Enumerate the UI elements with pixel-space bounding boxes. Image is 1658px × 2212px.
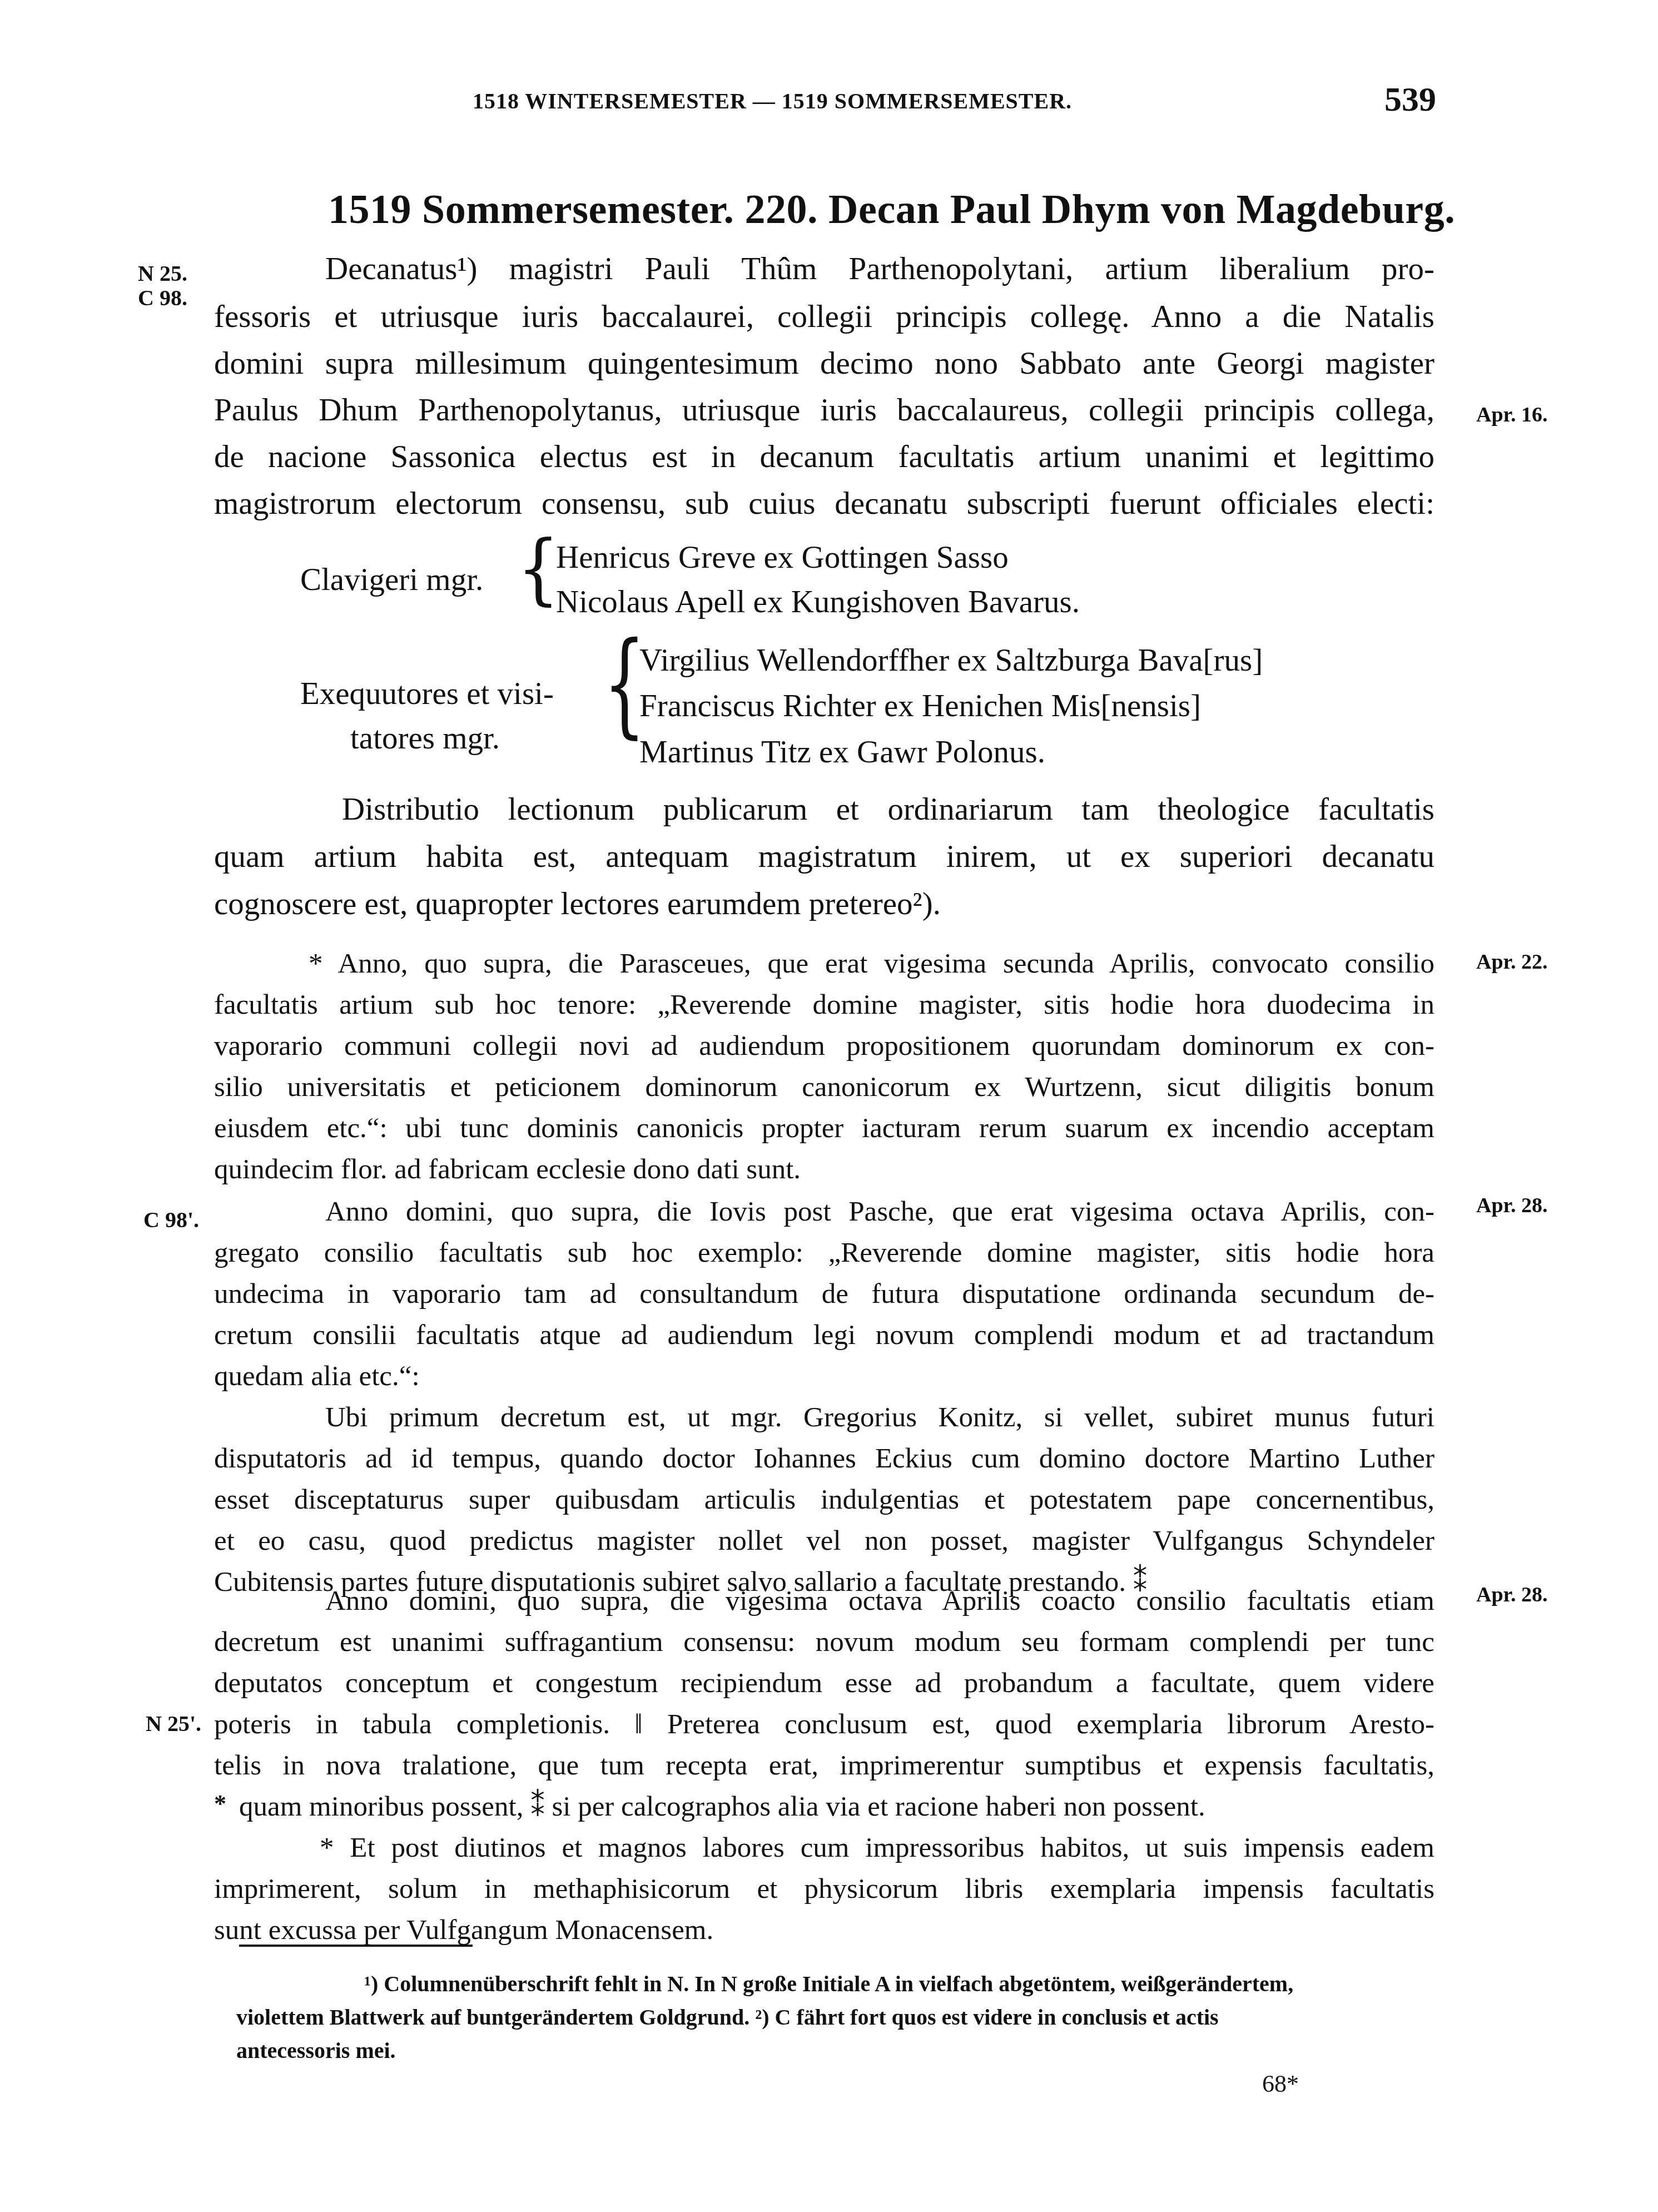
margin-ref-c98: C 98.: [138, 286, 187, 310]
text-line: sunt excussa per Vulfgangum Monacensem.: [214, 1912, 1434, 1948]
text-line: magistrorum electorum consensu, sub cuiu…: [214, 484, 1434, 524]
margin-date-apr22: Apr. 22.: [1476, 950, 1547, 974]
exequutores-item: Virgilius Wellendorffher ex Saltzburga B…: [639, 642, 1263, 678]
exequutores-item: Franciscus Richter ex Henichen Mis[nensi…: [639, 688, 1201, 724]
exequutores-label: Exequutores et visi-: [300, 676, 554, 712]
margin-ref-n25-prime: N 25'.: [146, 1712, 201, 1736]
clavigeri-label: Clavigeri mgr.: [300, 562, 483, 598]
text-line: cretum consilii facultatis atque ad audi…: [214, 1317, 1434, 1353]
text-line: poteris in tabula completionis. ‖ Preter…: [214, 1706, 1434, 1743]
text-line: quedam alia etc.“:: [214, 1358, 1434, 1395]
text-line: de nacione Sassonica electus est in deca…: [214, 437, 1434, 477]
text-line: cognoscere est, quapropter lectores earu…: [214, 884, 1434, 924]
clavigeri-item: Henricus Greve ex Gottingen Sasso: [556, 539, 1009, 576]
text-line: telis in nova tralatione, que tum recept…: [214, 1747, 1434, 1784]
text-line: esset disceptaturus super quibusdam arti…: [214, 1481, 1434, 1518]
asterisk-icon: *: [214, 1792, 226, 1816]
text-line: Anno domini, quo supra, die Iovis post P…: [214, 1193, 1434, 1230]
text-line: * Anno, quo supra, die Parasceues, que e…: [214, 945, 1434, 982]
text-line: vaporario communi collegii novi ad audie…: [214, 1028, 1434, 1064]
page-number: 539: [1384, 80, 1436, 120]
text-line: undecima in vaporario tam ad consultandu…: [214, 1276, 1434, 1312]
text-line: imprimerent, solum in methaphisicorum et…: [214, 1871, 1434, 1907]
text-line: quam artium habita est, antequam magistr…: [214, 837, 1434, 877]
text-line: gregato consilio facultatis sub hoc exem…: [214, 1234, 1434, 1271]
text-line: Paulus Dhum Parthenopolytanus, utriusque…: [214, 390, 1434, 430]
text-line: Decanatus¹) magistri Pauli Thûm Partheno…: [214, 249, 1434, 289]
text-line: et eo casu, quod predictus magister noll…: [214, 1522, 1434, 1559]
text-line: disputatoris ad id tempus, quando doctor…: [214, 1440, 1434, 1477]
margin-date-apr28-first: Apr. 28.: [1476, 1193, 1547, 1218]
text-line: Distributio lectionum publicarum et ordi…: [214, 790, 1434, 830]
text-line: Ubi primum decretum est, ut mgr. Gregori…: [214, 1399, 1434, 1436]
text-line: quam minoribus possent, ⁑ si per calcogr…: [239, 1788, 1434, 1825]
text-line: decretum est unanimi suffragantium conse…: [214, 1624, 1434, 1660]
text-line: facultatis artium sub hoc tenore: „Rever…: [214, 986, 1434, 1023]
footnote-line: antecessoris mei.: [236, 2035, 1432, 2066]
exequutores-item: Martinus Titz ex Gawr Polonus.: [639, 734, 1045, 770]
exequutores-label-cont: tatores mgr.: [350, 720, 500, 756]
margin-ref-c98-prime: C 98'.: [143, 1208, 199, 1232]
margin-date-apr16: Apr. 16.: [1476, 403, 1547, 427]
footnote-line: ¹) Columnenüberschrift fehlt in N. In N …: [236, 1968, 1432, 2000]
clavigeri-item: Nicolaus Apell ex Kungishoven Bavarus.: [556, 584, 1080, 620]
text-line: * Et post diutinos et magnos labores cum…: [214, 1829, 1434, 1866]
text-line: deputatos conceptum et congestum recipie…: [214, 1665, 1434, 1702]
running-head: 1518 WINTERSEMESTER — 1519 SOMMERSEMESTE…: [473, 88, 1072, 114]
margin-date-apr28-second: Apr. 28.: [1476, 1583, 1547, 1607]
text-line: domini supra millesimum quingentesimum d…: [214, 344, 1434, 384]
text-line: quindecim flor. ad fabricam ecclesie don…: [214, 1151, 1434, 1188]
margin-ref-n25: N 25.: [138, 261, 187, 286]
text-line: silio universitatis et peticionem domino…: [214, 1069, 1434, 1105]
text-line: eiusdem etc.“: ubi tunc dominis canonici…: [214, 1110, 1434, 1147]
section-title: 1519 Sommersemester. 220. Decan Paul Dhy…: [328, 186, 1455, 234]
brace-icon: {: [517, 531, 559, 608]
signature-mark: 68*: [1262, 2070, 1299, 2098]
footnote-divider: [239, 1945, 473, 1947]
footnote-line: violettem Blattwerk auf buntgerändertem …: [236, 2002, 1432, 2033]
text-line: fessoris et utriusque iuris baccalaurei,…: [214, 297, 1434, 337]
text-line: Anno domini, quo supra, die vigesima oct…: [214, 1583, 1434, 1619]
